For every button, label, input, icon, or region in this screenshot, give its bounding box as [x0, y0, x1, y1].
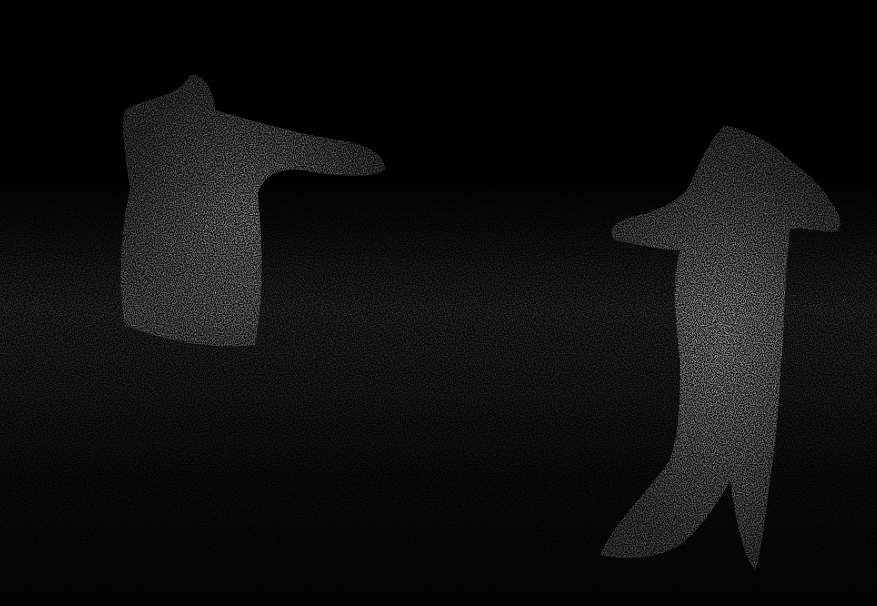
photo-canvas	[0, 0, 877, 606]
halftone-photo: Dithered black-and-white halftone photog…	[0, 0, 877, 606]
